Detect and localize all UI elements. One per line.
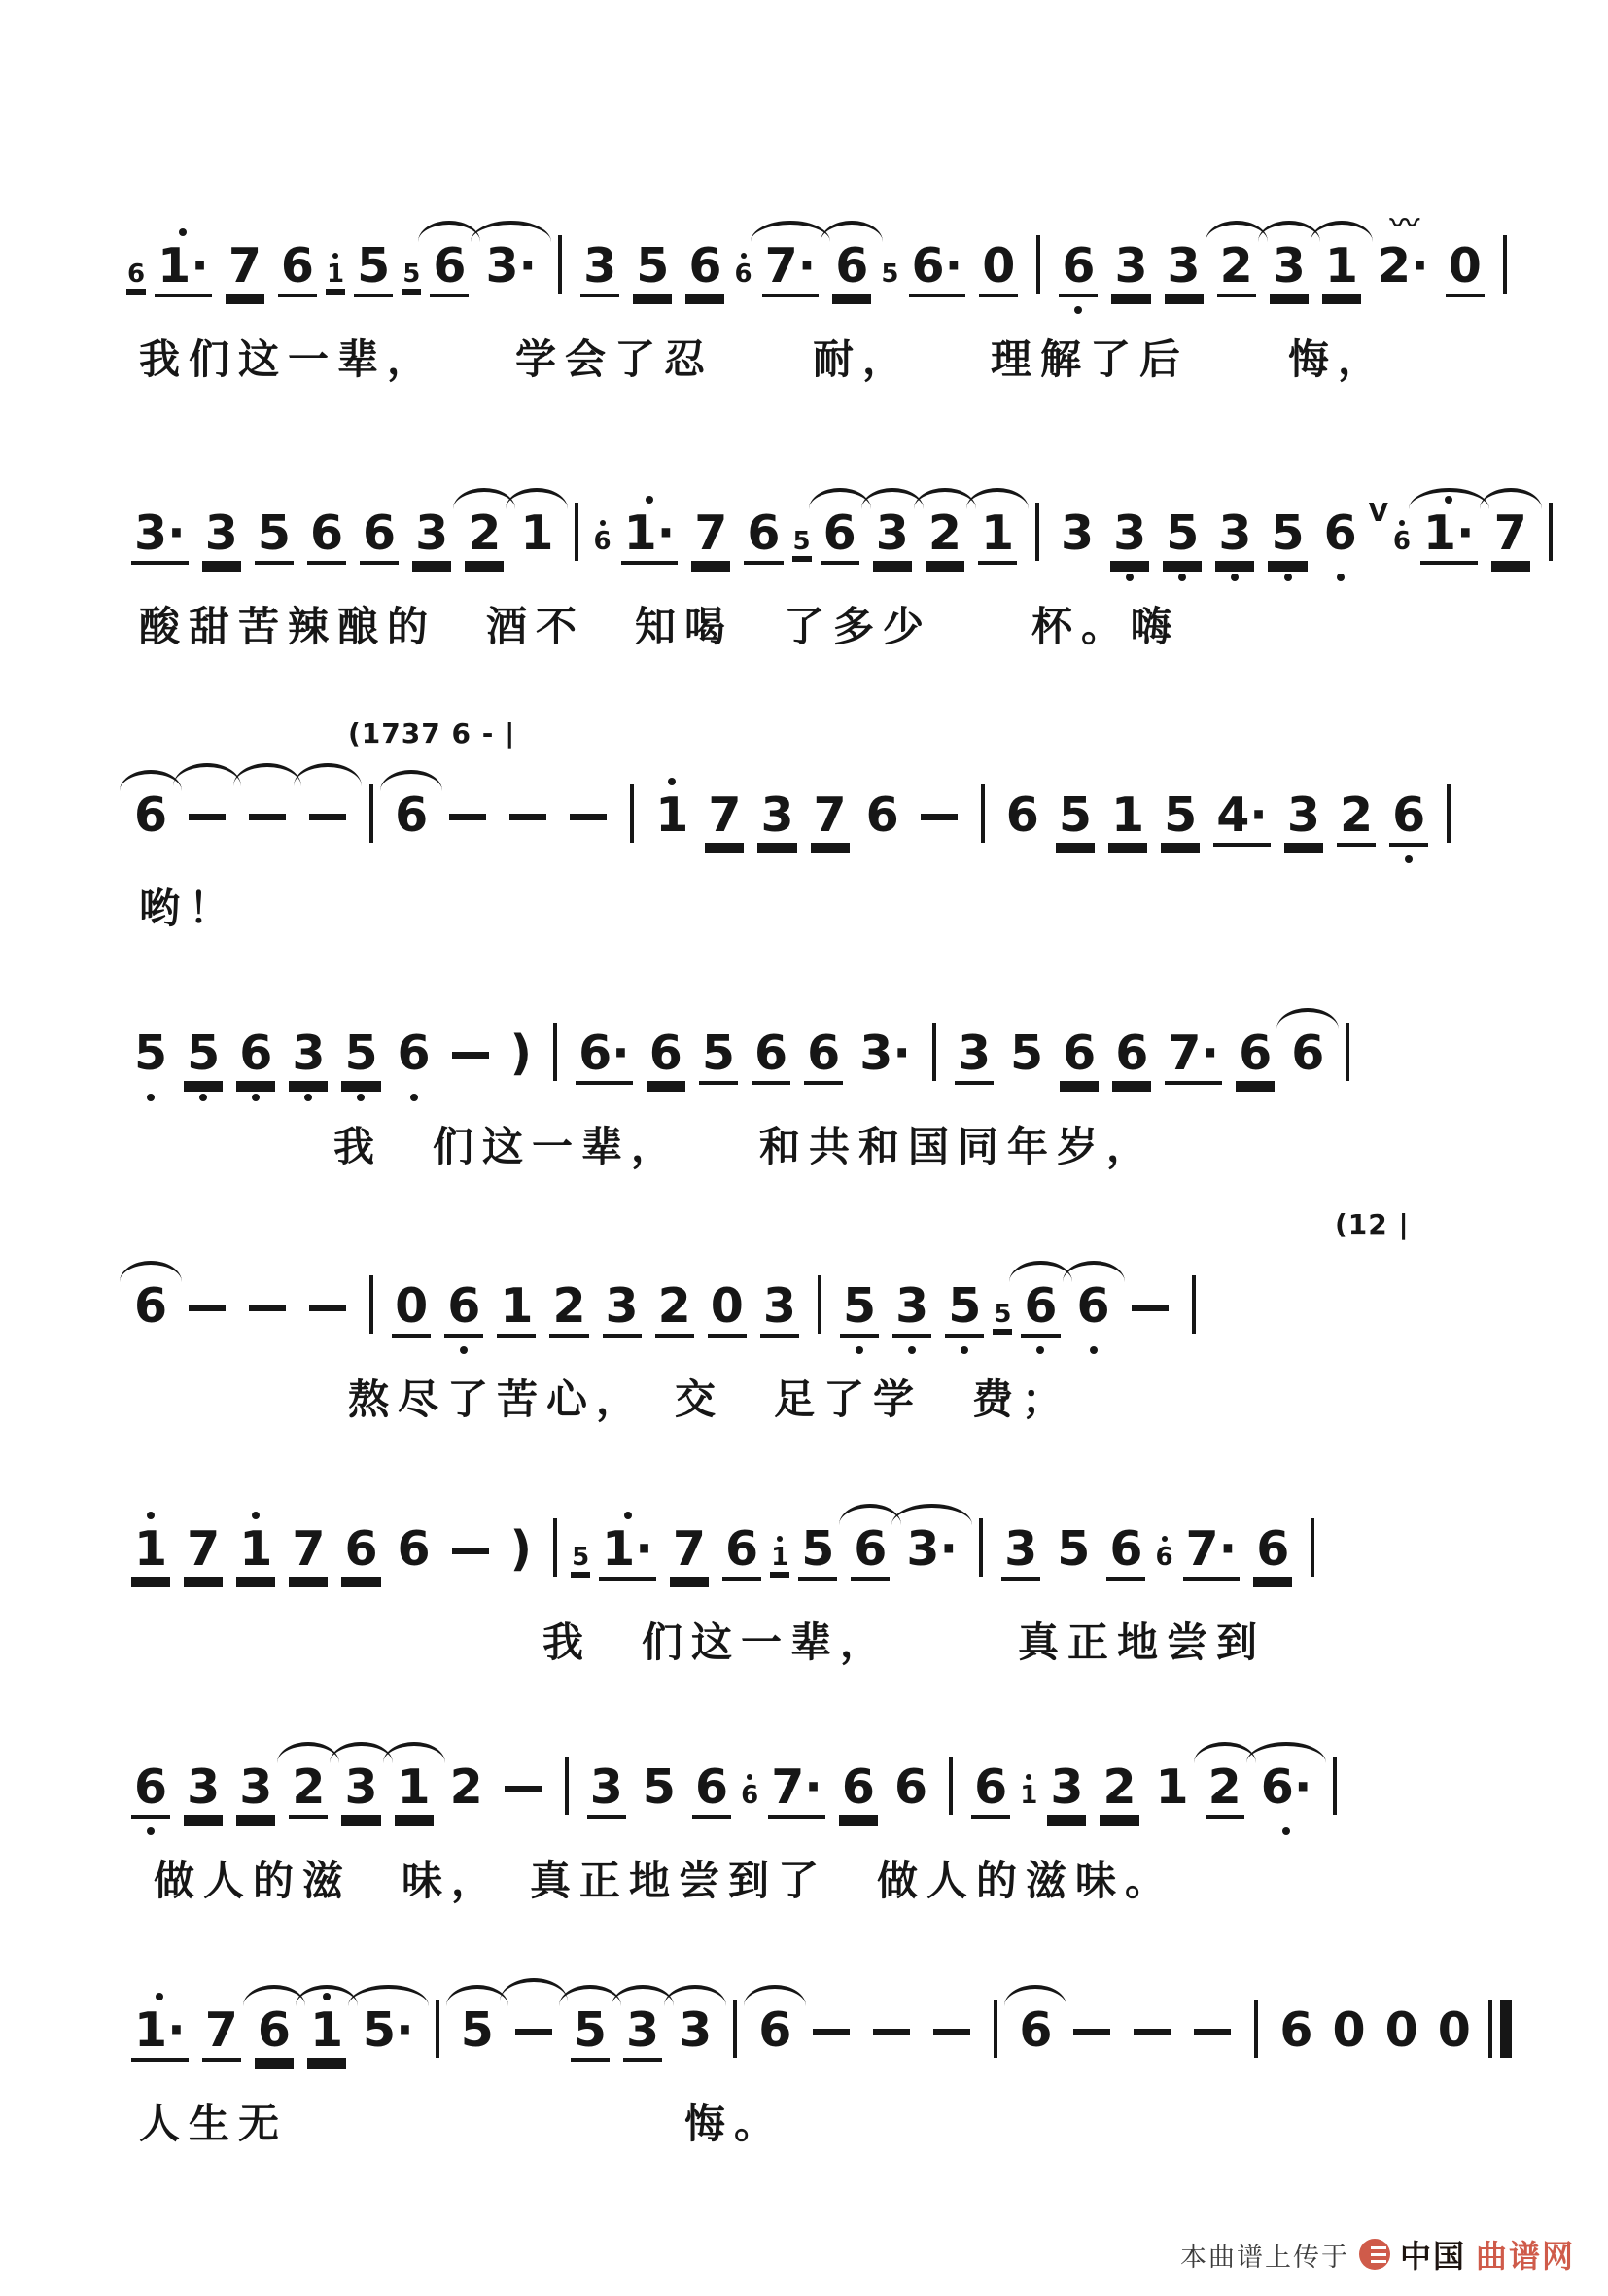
spacer bbox=[323, 574, 331, 581]
note-digit: 6 bbox=[1276, 2006, 1315, 2062]
spacer bbox=[738, 1589, 746, 1597]
note-digit: 5 bbox=[131, 1029, 170, 1085]
spacer bbox=[723, 1269, 731, 1276]
duration-dash bbox=[515, 2029, 552, 2035]
spacer bbox=[707, 496, 715, 504]
spacer bbox=[685, 1512, 693, 1519]
note: 3 bbox=[1001, 1512, 1040, 1597]
spacer bbox=[270, 574, 278, 581]
octave-dot-below bbox=[1036, 1346, 1044, 1354]
spacer bbox=[1221, 1750, 1229, 1757]
spacer bbox=[480, 574, 488, 581]
spacer bbox=[512, 1269, 520, 1276]
spacer bbox=[691, 2070, 699, 2078]
spacer bbox=[473, 1993, 481, 2000]
spacer bbox=[252, 1589, 260, 1597]
note: 2 bbox=[1100, 1750, 1138, 1835]
spacer bbox=[218, 496, 226, 504]
note-digit: 3· bbox=[131, 509, 189, 565]
spacer bbox=[1239, 855, 1246, 863]
note-digit: 3 bbox=[757, 791, 796, 847]
barline bbox=[553, 1023, 557, 1081]
spacer bbox=[1461, 306, 1469, 314]
note: 0 bbox=[979, 228, 1018, 314]
spacer bbox=[708, 1827, 716, 1835]
grace-note: 5 bbox=[993, 1293, 1012, 1331]
octave-dot-above bbox=[600, 520, 606, 526]
footer: 本曲谱上传于 中国 曲谱网 bbox=[1180, 2232, 1575, 2277]
note: 7 bbox=[691, 496, 730, 581]
spacer bbox=[1251, 1016, 1259, 1024]
octave-dot-above bbox=[156, 1993, 163, 2000]
spacer bbox=[708, 1750, 716, 1757]
note: 5 bbox=[640, 1750, 679, 1835]
note-digit: 6 bbox=[1389, 791, 1428, 847]
spacer bbox=[1178, 496, 1186, 504]
note: 6 bbox=[1112, 1016, 1151, 1101]
note-digit: 5 bbox=[699, 1029, 738, 1085]
spacer bbox=[323, 496, 331, 504]
note: 6 bbox=[255, 1993, 294, 2078]
spacer bbox=[1122, 1589, 1130, 1597]
spacer bbox=[156, 496, 163, 504]
note: 5 bbox=[184, 1016, 223, 1101]
spacer bbox=[1207, 1512, 1215, 1519]
note-digit: 6 bbox=[839, 1763, 878, 1819]
spacer bbox=[1445, 574, 1452, 581]
note-digit: 3· bbox=[482, 242, 540, 297]
note: 1· bbox=[1420, 496, 1478, 581]
spacer bbox=[1169, 1827, 1176, 1835]
notation-system-5: (12 |606123203535566熬尽了苦心， 交 足了学 费； bbox=[124, 1269, 1583, 1426]
spacer bbox=[1352, 855, 1360, 863]
spacer bbox=[1128, 1016, 1136, 1024]
breath-mark: V bbox=[1369, 487, 1388, 542]
note-digit: 6 bbox=[1060, 1029, 1099, 1085]
note: 6 bbox=[863, 778, 902, 863]
note-digit: 6 bbox=[1112, 1029, 1151, 1085]
note-digit: 1 bbox=[1108, 791, 1147, 847]
spacer bbox=[407, 778, 415, 785]
spacer bbox=[928, 1589, 936, 1597]
spacer bbox=[577, 1536, 583, 1542]
note: 6· bbox=[576, 1016, 633, 1101]
barline bbox=[565, 1757, 569, 1815]
note-digit: 5 bbox=[341, 1029, 380, 1085]
note-digit: 3 bbox=[1165, 242, 1204, 297]
octave-dot-below bbox=[1337, 574, 1345, 581]
spacer bbox=[1233, 228, 1241, 236]
spacer bbox=[1269, 1589, 1276, 1597]
note: 3· bbox=[482, 228, 540, 314]
spacer bbox=[668, 855, 676, 863]
note-digit: 5 bbox=[571, 1545, 590, 1574]
note: 1 bbox=[1108, 778, 1147, 863]
spacer bbox=[970, 1016, 978, 1024]
note-digit: 3 bbox=[1215, 509, 1254, 565]
note: 3· bbox=[903, 1512, 961, 1597]
note-digit: 5 bbox=[633, 242, 672, 297]
note: 6 bbox=[1060, 1016, 1099, 1101]
spacer bbox=[1398, 1993, 1406, 2000]
spacer bbox=[1115, 1750, 1123, 1757]
note-digit: 7 bbox=[670, 1525, 709, 1581]
spacer bbox=[357, 1016, 365, 1024]
spacer bbox=[408, 253, 414, 259]
spacer bbox=[723, 1346, 731, 1354]
note-digit: 1 bbox=[517, 509, 556, 565]
spacer bbox=[565, 1269, 573, 1276]
note-digit: 2 bbox=[1100, 1763, 1138, 1819]
spacer bbox=[618, 1346, 626, 1354]
note-digit: 5 bbox=[1054, 1525, 1093, 1581]
spacer bbox=[199, 1750, 207, 1757]
note: 3 bbox=[1165, 228, 1204, 314]
lyrics-line: 人生无 悔。 bbox=[124, 2092, 1583, 2150]
note: 6 bbox=[1288, 1016, 1327, 1101]
spacer bbox=[715, 1094, 722, 1101]
duration-dash bbox=[189, 814, 226, 820]
note-digit: 0 bbox=[1435, 2006, 1474, 2062]
note: 6 bbox=[341, 1512, 380, 1597]
note: 3 bbox=[892, 1269, 931, 1354]
spacer bbox=[428, 496, 436, 504]
note: 2 bbox=[1217, 228, 1256, 314]
note-digit: 6 bbox=[341, 1525, 380, 1581]
spacer bbox=[1233, 306, 1241, 314]
barline bbox=[558, 235, 562, 294]
spacer bbox=[1375, 535, 1382, 542]
barline bbox=[1503, 235, 1507, 294]
spacer bbox=[879, 855, 887, 863]
octave-dot-above bbox=[624, 1512, 632, 1519]
note: 〰2· bbox=[1375, 228, 1432, 314]
spacer bbox=[384, 2070, 392, 2078]
mordent-mark: 〰 bbox=[1390, 199, 1416, 242]
note: 3 bbox=[412, 496, 451, 581]
octave-dot-above bbox=[252, 1512, 260, 1519]
spacer bbox=[820, 1016, 827, 1024]
spacer bbox=[603, 1750, 611, 1757]
spacer bbox=[662, 1016, 670, 1024]
spacer bbox=[776, 1346, 784, 1354]
spacer bbox=[1239, 778, 1246, 785]
note-digit: 3 bbox=[184, 1763, 223, 1819]
note-digit: 6 bbox=[131, 791, 170, 847]
note-digit: 6 bbox=[692, 1763, 731, 1819]
spacer bbox=[639, 2070, 647, 2078]
note: 1· bbox=[155, 228, 212, 314]
note-digit: 3 bbox=[955, 1029, 994, 1085]
note: 1· bbox=[599, 1512, 656, 1597]
note-digit: 2· bbox=[1375, 242, 1432, 297]
duration-dash bbox=[249, 1305, 286, 1311]
spacer bbox=[410, 1016, 418, 1024]
note: 6 bbox=[1389, 778, 1428, 863]
notation-row: 61·7615563·35667·656·0633231〰2·0 bbox=[124, 228, 1583, 314]
note: 3 bbox=[587, 1750, 626, 1835]
note-digit: 6 bbox=[131, 1282, 170, 1338]
note-digit: 2 bbox=[1337, 791, 1376, 847]
barline bbox=[979, 1518, 983, 1577]
note-digit: 0 bbox=[1330, 2006, 1369, 2062]
note-digit: 3 bbox=[676, 2006, 715, 2062]
octave-dot-above bbox=[1445, 496, 1452, 504]
spacer bbox=[1176, 778, 1184, 785]
note-digit: 4· bbox=[1213, 791, 1271, 847]
barline bbox=[1549, 503, 1553, 561]
note: 3 bbox=[676, 1993, 715, 2078]
spacer bbox=[793, 1827, 801, 1835]
spacer bbox=[1269, 1512, 1276, 1519]
note-digit: 7· bbox=[1183, 1525, 1241, 1581]
note: 5 bbox=[945, 1269, 984, 1354]
spacer bbox=[1507, 574, 1515, 581]
grace-note: 6 bbox=[1154, 1536, 1173, 1574]
spacer bbox=[773, 855, 781, 863]
note: 5 bbox=[1007, 1016, 1046, 1101]
spacer bbox=[1405, 778, 1413, 785]
note: 3 bbox=[757, 778, 796, 863]
spacer bbox=[1300, 855, 1308, 863]
note-digit: 6 bbox=[804, 1029, 843, 1085]
note: 5 bbox=[1161, 778, 1200, 863]
spacer bbox=[410, 1589, 418, 1597]
spacer bbox=[156, 2070, 163, 2078]
note-digit: 6 bbox=[733, 261, 752, 291]
spacer bbox=[1180, 306, 1188, 314]
notation-row: 1·7615·5533666000 bbox=[124, 1993, 1583, 2078]
note: 2 bbox=[289, 1750, 328, 1835]
note: 1 bbox=[1322, 228, 1361, 314]
notation-row: 633231235667·666132126· bbox=[124, 1750, 1583, 1835]
spacer bbox=[517, 1512, 525, 1519]
spacer bbox=[1304, 1094, 1311, 1101]
note: 6 bbox=[839, 1750, 878, 1835]
spacer bbox=[460, 1269, 468, 1276]
octave-dot-above bbox=[179, 228, 187, 236]
barline bbox=[369, 1275, 373, 1334]
note-digit: 6 bbox=[821, 509, 859, 565]
spacer bbox=[1285, 306, 1293, 314]
spacer bbox=[715, 1016, 722, 1024]
spacer bbox=[655, 1827, 663, 1835]
grace-note: 1 bbox=[770, 1536, 789, 1574]
note-digit: 7 bbox=[226, 242, 264, 297]
spacer bbox=[639, 1993, 647, 2000]
note-digit: 7 bbox=[811, 791, 850, 847]
barline bbox=[994, 2000, 997, 2058]
spacer bbox=[1451, 1993, 1458, 2000]
barline bbox=[1447, 784, 1451, 843]
spacer bbox=[1090, 1269, 1098, 1276]
note-digit: 5 bbox=[945, 1282, 984, 1338]
spacer bbox=[517, 1016, 525, 1024]
barline bbox=[436, 2000, 439, 2058]
spacer bbox=[720, 855, 728, 863]
note-digit: 3 bbox=[587, 1763, 626, 1819]
spacer bbox=[357, 1750, 365, 1757]
spacer bbox=[995, 228, 1002, 236]
note-digit: 6 bbox=[126, 261, 146, 291]
spacer bbox=[933, 228, 941, 236]
duration-dash bbox=[1194, 2029, 1231, 2035]
spacer bbox=[1221, 1827, 1229, 1835]
spacer bbox=[648, 306, 656, 314]
spacer bbox=[970, 1094, 978, 1101]
note: 3 bbox=[236, 1750, 275, 1835]
note: 5 bbox=[131, 1016, 170, 1101]
grace-note: 5 bbox=[880, 253, 899, 291]
spacer bbox=[357, 1827, 365, 1835]
note: 7 bbox=[705, 778, 744, 863]
spacer bbox=[1031, 1993, 1039, 2000]
note: 6 bbox=[444, 1269, 483, 1354]
note-digit: 5 bbox=[1056, 791, 1095, 847]
note-digit: 6 bbox=[360, 509, 399, 565]
grace-note: 1 bbox=[1019, 1774, 1038, 1812]
note: 3 bbox=[1284, 778, 1323, 863]
note: 3 bbox=[289, 1016, 328, 1101]
note-digit: 1 bbox=[395, 1763, 434, 1819]
note-digit: 6 bbox=[1288, 1029, 1327, 1085]
barline bbox=[733, 2000, 737, 2058]
note-digit: 1· bbox=[621, 509, 679, 565]
note-digit: 6 bbox=[1021, 1282, 1060, 1338]
note-digit: 6 bbox=[236, 1029, 275, 1085]
spacer bbox=[218, 2070, 226, 2078]
note: 5 bbox=[699, 1016, 738, 1101]
spacer bbox=[218, 574, 226, 581]
spacer bbox=[856, 1269, 863, 1276]
duration-dash bbox=[449, 814, 486, 820]
spacer bbox=[671, 1269, 679, 1276]
spacer bbox=[147, 1346, 155, 1354]
note: 3 bbox=[1058, 496, 1097, 581]
spacer bbox=[375, 574, 383, 581]
spacer bbox=[1292, 1993, 1300, 2000]
duration-dash bbox=[1132, 1305, 1169, 1311]
spacer bbox=[814, 1589, 821, 1597]
barline bbox=[575, 503, 578, 561]
note-digit: 6 bbox=[1003, 791, 1042, 847]
spacer bbox=[1180, 228, 1188, 236]
note: 6· bbox=[1258, 1750, 1315, 1835]
octave-dot-below bbox=[961, 1346, 968, 1354]
octave-dot-below bbox=[908, 1346, 916, 1354]
note-digit: 5 bbox=[255, 509, 294, 565]
note-digit: 5 bbox=[640, 1763, 679, 1819]
note: 3 bbox=[873, 496, 912, 581]
spacer bbox=[826, 778, 834, 785]
spacer bbox=[147, 855, 155, 863]
note: 1· bbox=[621, 496, 679, 581]
spacer bbox=[941, 574, 949, 581]
spacer bbox=[507, 228, 515, 236]
note: 6 bbox=[851, 1512, 890, 1597]
spacer bbox=[517, 1094, 525, 1101]
spacer bbox=[1031, 2070, 1039, 2078]
note: 6 bbox=[1016, 1993, 1055, 2078]
spacer bbox=[323, 2070, 331, 2078]
octave-dot-below bbox=[460, 1346, 468, 1354]
spacer bbox=[771, 1993, 779, 2000]
note: 7 bbox=[202, 1993, 241, 2078]
note: 6 bbox=[1003, 778, 1042, 863]
grace-note: 6 bbox=[592, 520, 612, 558]
spacer bbox=[252, 1750, 260, 1757]
spacer bbox=[600, 1016, 608, 1024]
note-digit: 3 bbox=[1047, 1763, 1086, 1819]
spacer bbox=[270, 2070, 278, 2078]
spacer bbox=[908, 1269, 916, 1276]
spacer bbox=[759, 496, 767, 504]
spacer bbox=[866, 1512, 874, 1519]
note-digit: 0 bbox=[1382, 2006, 1421, 2062]
grace-note: 5 bbox=[571, 1536, 590, 1574]
spacer bbox=[294, 228, 301, 236]
ossia-annotation: (12 | bbox=[1335, 1208, 1410, 1240]
site-brand-china: 中国 bbox=[1400, 2232, 1466, 2277]
note: 3 bbox=[623, 1993, 662, 2078]
note: 6 bbox=[1253, 1512, 1292, 1597]
duration-dash bbox=[505, 1786, 542, 1792]
spacer bbox=[1127, 228, 1135, 236]
spacer bbox=[199, 1827, 207, 1835]
note-digit: 1 bbox=[1153, 1763, 1192, 1819]
spacer bbox=[1285, 228, 1293, 236]
note-digit: 1 bbox=[131, 1525, 170, 1581]
note-digit: 5 bbox=[402, 261, 421, 291]
note: 6 bbox=[821, 496, 859, 581]
spacer bbox=[428, 574, 436, 581]
note: 2 bbox=[1206, 1750, 1244, 1835]
note-digit: ) bbox=[507, 1029, 535, 1085]
note: 1 bbox=[517, 496, 556, 581]
spacer bbox=[1292, 2070, 1300, 2078]
note: 5 bbox=[840, 1269, 879, 1354]
notation-system-8: 1·7615·5533666000人生无 悔。 bbox=[124, 1993, 1583, 2150]
site-brand-qupu: 曲谱网 bbox=[1476, 2232, 1575, 2277]
note-digit: 6 bbox=[755, 2006, 794, 2062]
lyrics-line: 做人的滋 味， 真正地尝到了 做人的滋味。 bbox=[124, 1849, 1583, 1907]
note: 6 bbox=[685, 228, 724, 314]
note-digit: 6 bbox=[1016, 2006, 1055, 2062]
note-digit: 6 bbox=[395, 1029, 434, 1085]
spacer bbox=[407, 1346, 415, 1354]
spacer bbox=[147, 1589, 155, 1597]
duration-dash bbox=[452, 1548, 489, 1554]
spacer bbox=[1073, 496, 1081, 504]
spacer bbox=[375, 496, 383, 504]
note: 3 bbox=[184, 1750, 223, 1835]
footer-upload-text: 本曲谱上传于 bbox=[1180, 2236, 1349, 2274]
spacer bbox=[410, 1827, 418, 1835]
note-digit: 5 bbox=[880, 261, 899, 291]
notation-system-7: 633231235667·666132126·做人的滋 味， 真正地尝到了 做人… bbox=[124, 1750, 1583, 1907]
spacer bbox=[1169, 1750, 1176, 1757]
note: 6 bbox=[131, 1750, 170, 1835]
note-digit: 3 bbox=[580, 242, 619, 297]
note-digit: 1· bbox=[131, 2006, 189, 2062]
spacer bbox=[533, 574, 541, 581]
octave-dot-below bbox=[856, 1346, 863, 1354]
note-digit: 3 bbox=[873, 509, 912, 565]
spacer bbox=[270, 496, 278, 504]
note: 7 bbox=[811, 778, 850, 863]
note: 6 bbox=[392, 778, 431, 863]
note-digit: 5· bbox=[360, 2006, 417, 2062]
